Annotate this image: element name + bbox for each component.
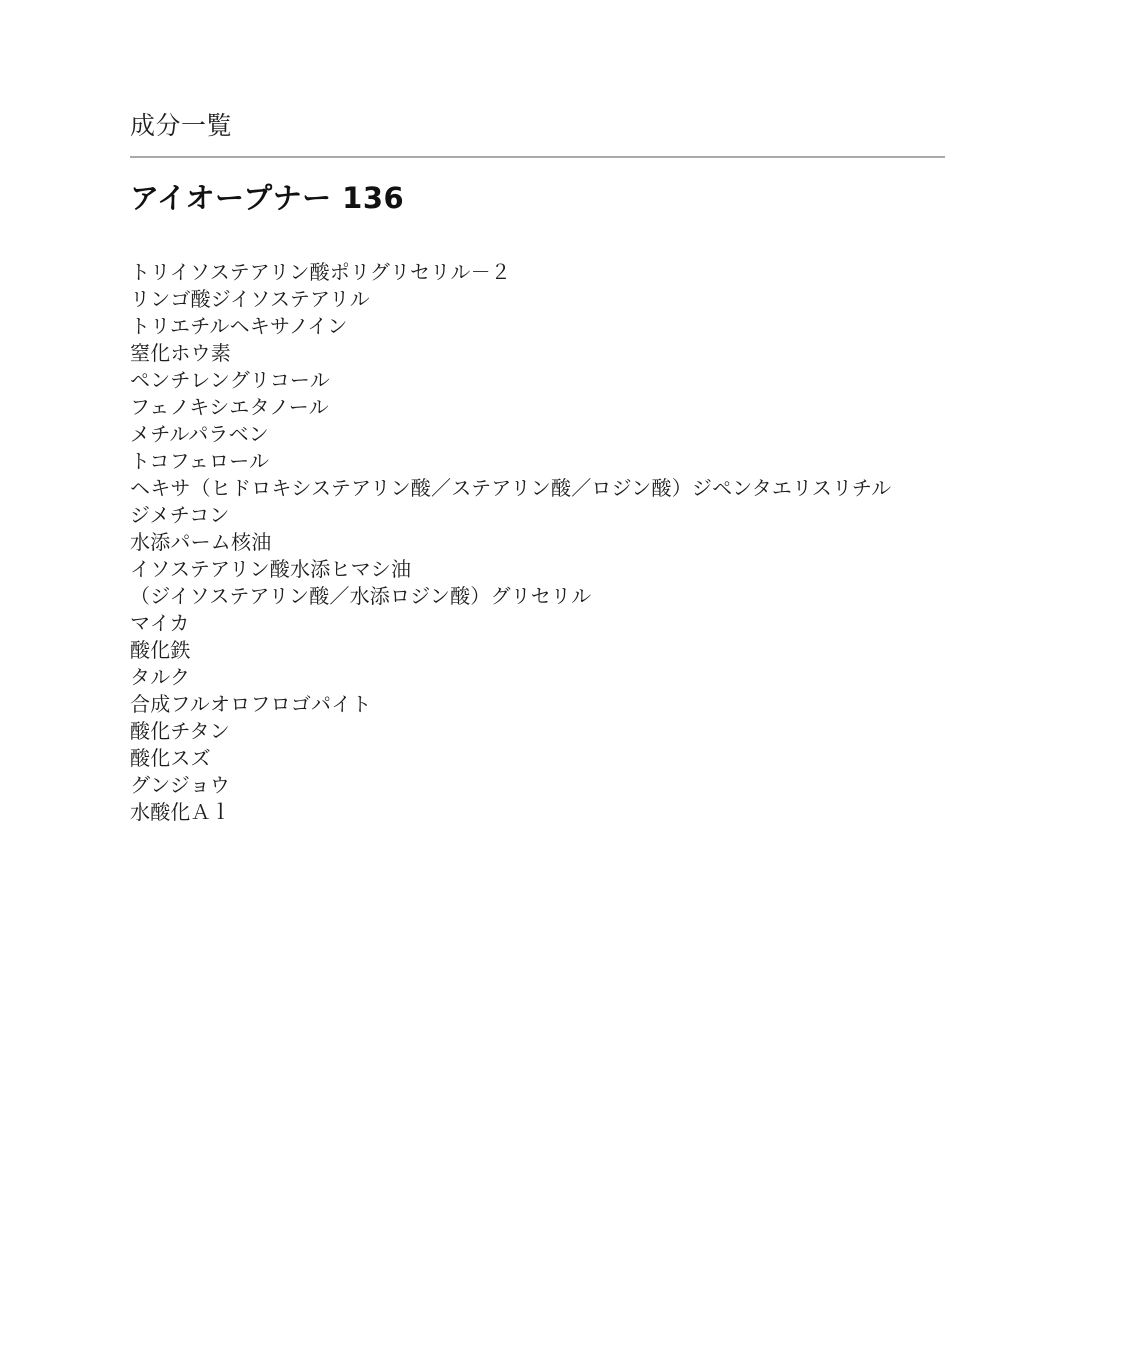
- ingredient-item: （ジイソステアリン酸／水添ロジン酸）グリセリル: [130, 583, 945, 610]
- ingredient-item: トコフェロール: [130, 448, 945, 475]
- ingredient-item: リンゴ酸ジイソステアリル: [130, 286, 945, 313]
- page-content: 成分一覧 アイオープナー 136 トリイソステアリン酸ポリグリセリル－２リンゴ酸…: [130, 0, 945, 826]
- ingredient-page: 成分一覧 アイオープナー 136 トリイソステアリン酸ポリグリセリル－２リンゴ酸…: [0, 0, 1125, 1350]
- ingredient-item: 水添パーム核油: [130, 529, 945, 556]
- ingredient-item: メチルパラベン: [130, 421, 945, 448]
- ingredient-item: 合成フルオロフロゴパイト: [130, 691, 945, 718]
- ingredient-item: 酸化チタン: [130, 718, 945, 745]
- ingredient-item: タルク: [130, 664, 945, 691]
- ingredient-item: イソステアリン酸水添ヒマシ油: [130, 556, 945, 583]
- divider: [130, 156, 945, 158]
- ingredient-item: 酸化スズ: [130, 745, 945, 772]
- ingredient-item: ペンチレングリコール: [130, 367, 945, 394]
- ingredient-item: トリイソステアリン酸ポリグリセリル－２: [130, 259, 945, 286]
- ingredient-item: グンジョウ: [130, 772, 945, 799]
- ingredient-item: 窒化ホウ素: [130, 340, 945, 367]
- page-title: 成分一覧: [130, 0, 945, 143]
- ingredient-item: トリエチルヘキサノイン: [130, 313, 945, 340]
- ingredient-item: フェノキシエタノール: [130, 394, 945, 421]
- ingredient-item: 酸化鉄: [130, 637, 945, 664]
- ingredient-item: 水酸化Ａｌ: [130, 799, 945, 826]
- ingredient-item: ジメチコン: [130, 502, 945, 529]
- ingredient-item: ヘキサ（ヒドロキシステアリン酸／ステアリン酸／ロジン酸）ジペンタエリスリチル: [130, 475, 945, 502]
- ingredient-list: トリイソステアリン酸ポリグリセリル－２リンゴ酸ジイソステアリルトリエチルヘキサノ…: [130, 259, 945, 826]
- ingredient-item: マイカ: [130, 610, 945, 637]
- product-name: アイオープナー 136: [130, 181, 945, 216]
